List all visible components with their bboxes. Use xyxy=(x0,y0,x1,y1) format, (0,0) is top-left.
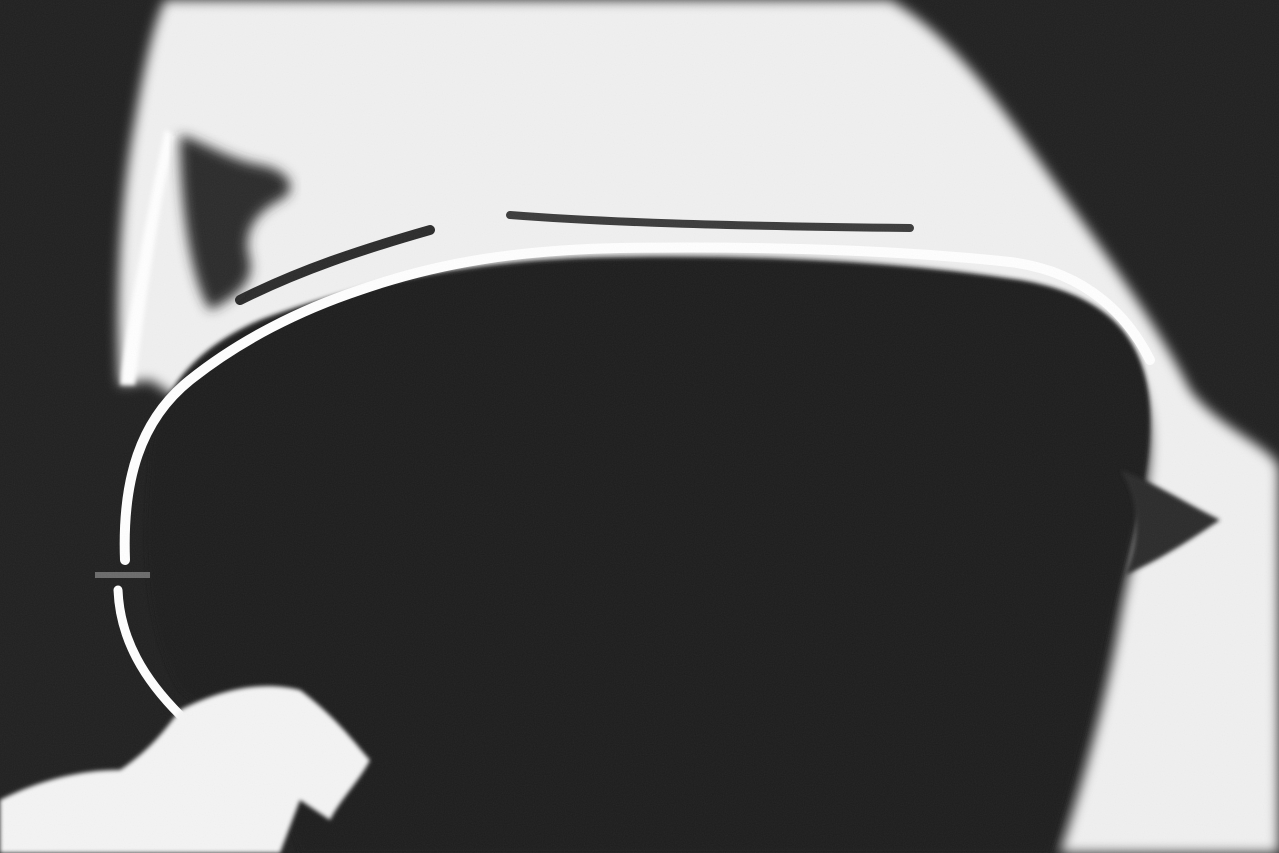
scan-image xyxy=(0,0,1279,853)
noise-overlay xyxy=(0,0,1279,853)
